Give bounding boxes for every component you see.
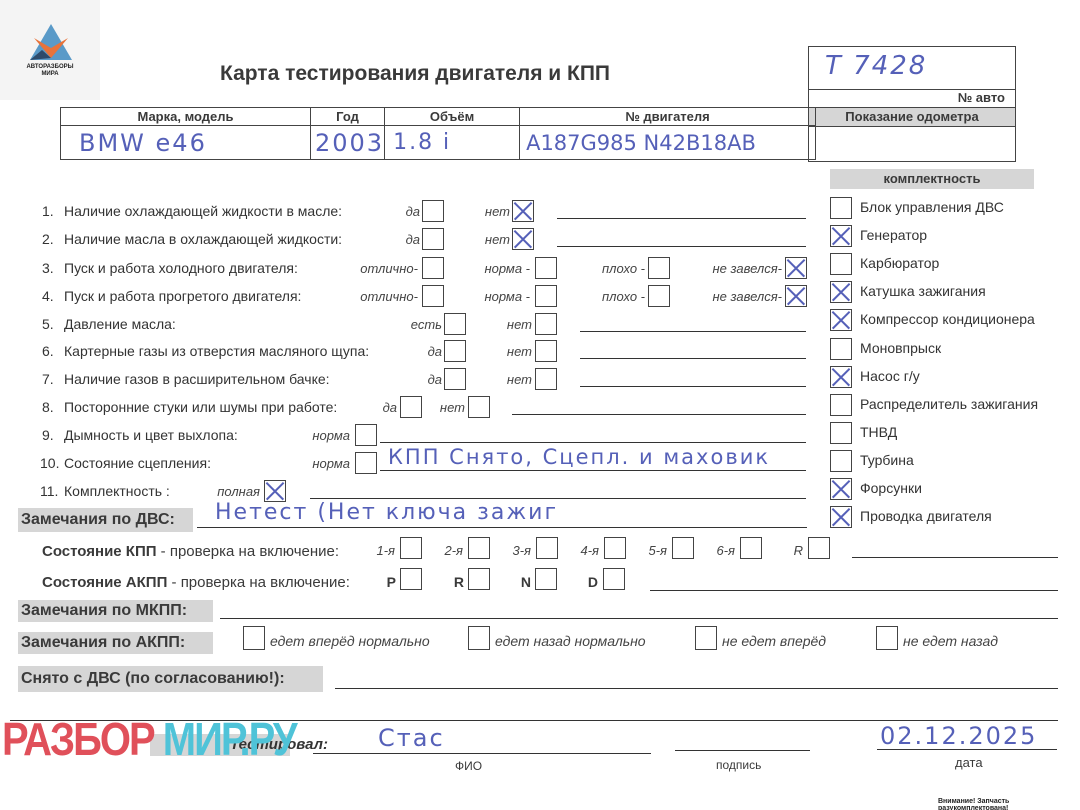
removed-label: Снято с ДВС (по согласованию!): [18,666,323,692]
check-label: Пуск и работа прогретого двигателя: [64,288,301,304]
check-note-underline[interactable] [580,386,806,387]
akpp-remark-label: не едет вперёд [722,633,826,649]
gear-checkbox[interactable] [604,537,626,559]
check-number: 4. [42,288,54,304]
completeness-item-label: Распределитель зажигания [860,396,1038,412]
logo-text-line1: АВТОРАЗБОРЫ [0,64,100,70]
completeness-checkbox[interactable] [830,253,852,275]
watermark: РАЗБОР МИР.РУ [2,715,296,767]
check-option-label: нет [390,204,510,219]
gear-position-label: P [378,574,398,590]
check-number: 3. [42,260,54,276]
date-caption: дата [955,755,983,770]
check-option-label: норма - [410,289,530,304]
check-option-label: нет [412,372,532,387]
make-model-value[interactable]: BMW e46 [61,126,311,160]
check-option-label: норма [230,456,350,471]
check-number: 9. [42,427,54,443]
completeness-checkbox[interactable] [830,422,852,444]
header-engine-number: № двигателя [520,108,816,126]
completeness-item-label: ТНВД [860,424,897,440]
check-label: Наличие газов в расширительном бачке: [64,371,330,387]
gear-checkbox[interactable] [740,537,762,559]
completeness-checkbox[interactable] [830,366,852,388]
engine-number-value[interactable]: A187G985 N42B18AB [520,126,816,160]
completeness-item-label: Насос г/у [860,368,920,384]
volume-value[interactable]: 1.8 i [385,126,520,160]
gear-position-label: D [580,574,600,590]
check-note-value[interactable]: КПП Снято, Сцепл. и маховик [388,445,770,469]
check-number: 11. [40,483,58,499]
check-note-underline[interactable] [557,218,806,219]
signature-caption: подпись [716,758,761,772]
completeness-checkbox[interactable] [830,450,852,472]
name-caption: ФИО [455,759,482,773]
auto-number-label: № авто [809,89,1015,107]
completeness-checkbox[interactable] [830,281,852,303]
completeness-checkbox[interactable] [830,309,852,331]
gear-position-checkbox[interactable] [400,568,422,590]
engine-remarks-value[interactable]: Нетест (Нет ключа зажиг [215,500,558,525]
completeness-item-label: Компрессор кондиционера [860,311,1035,327]
check-option-label: нет [412,344,532,359]
completeness-item-label: Карбюратор [860,255,939,271]
check-note-underline[interactable] [380,470,806,471]
gear-checkbox[interactable] [468,537,490,559]
akpp-remark-checkbox[interactable] [243,626,265,650]
completeness-checkbox[interactable] [830,338,852,360]
check-option-label: норма - [410,261,530,276]
gear-label: 6-я [695,543,735,558]
check-number: 10. [40,455,59,471]
gear-checkbox[interactable] [400,537,422,559]
checkbox[interactable] [512,200,534,222]
engine-remarks-underline [197,527,807,528]
akpp-check-label: Состояние АКПП - проверка на включение: [42,574,350,591]
check-option-label: нет [345,400,465,415]
gear-label: 4-я [559,543,599,558]
check-option-label: норма [230,428,350,443]
check-note-underline[interactable] [580,331,806,332]
akpp-remark-checkbox[interactable] [695,626,717,650]
gear-checkbox[interactable] [536,537,558,559]
gear-position-checkbox[interactable] [535,568,557,590]
check-option-label: не завелся- [662,261,782,276]
check-label: Дымность и цвет выхлопа: [64,427,238,443]
gear-label: 5-я [627,543,667,558]
checkbox[interactable] [535,368,557,390]
akpp-underline [650,590,1058,591]
akpp-remark-label: едет назад нормально [495,633,646,649]
check-option-label: нет [390,232,510,247]
check-option-label: отлично- [298,289,418,304]
engine-remarks-label: Замечания по ДВС: [18,508,193,532]
auto-number-box: T 7428 № авто Показание одометра [808,46,1016,162]
mkpp-remarks-label: Замечания по МКПП: [18,600,213,622]
checkbox[interactable] [512,228,534,250]
completeness-item-label: Катушка зажигания [860,283,986,299]
completeness-item-label: Турбина [860,452,914,468]
logo: АВТОРАЗБОРЫ МИРА [0,0,100,100]
watermark-part2: МИР.РУ [163,715,296,766]
check-note-underline[interactable] [380,442,806,443]
logo-text-line2: МИРА [0,71,100,77]
header-year: Год [311,108,385,126]
check-number: 1. [42,203,54,219]
checkbox[interactable] [785,285,807,307]
completeness-item-label: Проводка двигателя [860,508,992,524]
completeness-checkbox[interactable] [830,197,852,219]
checkbox[interactable] [535,313,557,335]
check-number: 6. [42,343,54,359]
date-value[interactable]: 02.12.2025 [880,722,1037,750]
completeness-item-label: Моновпрыск [860,340,941,356]
footer-note: Внимание! Запчасть разукомплектована! [938,798,1080,810]
completeness-title: комплектность [830,169,1034,189]
gear-label: 3-я [491,543,531,558]
checkbox[interactable] [535,340,557,362]
year-value[interactable]: 2003 [311,126,385,160]
mkpp-remarks-underline[interactable] [220,618,1058,619]
checkbox[interactable] [355,424,377,446]
gear-position-label: N [513,574,533,590]
check-note-underline[interactable] [557,246,806,247]
check-option-label: не завелся- [662,289,782,304]
check-label: Давление масла: [64,316,176,332]
auto-number-value: T 7428 [825,51,927,81]
check-option-label: плохо - [525,261,645,276]
checkbox[interactable] [785,257,807,279]
gear-label: 1-я [355,543,395,558]
completeness-item-label: Генератор [860,227,927,243]
gear-checkbox[interactable] [672,537,694,559]
check-option-label: отлично- [298,261,418,276]
check-note-underline[interactable] [512,414,806,415]
watermark-part1: РАЗБОР [2,715,154,766]
name-underline [313,753,651,754]
completeness-item-label: Блок управления ДВС [860,199,1004,215]
check-number: 5. [42,316,54,332]
gear-label: R [763,543,803,558]
header-volume: Объём [385,108,520,126]
gear-position-checkbox[interactable] [468,568,490,590]
kpp-underline [852,557,1058,558]
kpp-check-label: Состояние КПП - проверка на включение: [42,543,339,560]
check-number: 2. [42,231,54,247]
check-label: Состояние сцепления: [64,455,211,471]
vehicle-table: Марка, модель Год Объём № двигателя BMW … [60,107,816,160]
checkbox[interactable] [355,452,377,474]
check-note-underline[interactable] [580,358,806,359]
signature-underline[interactable] [675,750,810,751]
header-make-model: Марка, модель [61,108,311,126]
akpp-remark-label: едет вперёд нормально [270,633,430,649]
removed-underline[interactable] [335,688,1058,689]
gear-label: 2-я [423,543,463,558]
akpp-remark-checkbox[interactable] [876,626,898,650]
akpp-remark-label: не едет назад [903,633,998,649]
check-number: 8. [42,399,54,415]
gear-position-label: R [446,574,466,590]
page-title: Карта тестирования двигателя и КПП [220,62,610,86]
check-label: Пуск и работа холодного двигателя: [64,260,298,276]
completeness-checkbox[interactable] [830,478,852,500]
completeness-checkbox[interactable] [830,394,852,416]
odometer-label: Показание одометра [809,107,1015,127]
check-option-label: плохо - [525,289,645,304]
check-option-label: нет [412,317,532,332]
checkbox[interactable] [264,480,286,502]
logo-mark-icon [28,22,74,62]
gear-position-checkbox[interactable] [603,568,625,590]
check-option-label: полная [140,484,260,499]
tester-name[interactable]: Стас [378,724,445,752]
akpp-remark-checkbox[interactable] [468,626,490,650]
completeness-checkbox[interactable] [830,225,852,247]
check-number: 7. [42,371,54,387]
odometer-field[interactable] [809,129,1015,159]
gear-checkbox[interactable] [808,537,830,559]
completeness-item-label: Форсунки [860,480,922,496]
completeness-checkbox[interactable] [830,506,852,528]
akpp-remarks-label: Замечания по АКПП: [18,632,213,654]
checkbox[interactable] [468,396,490,418]
